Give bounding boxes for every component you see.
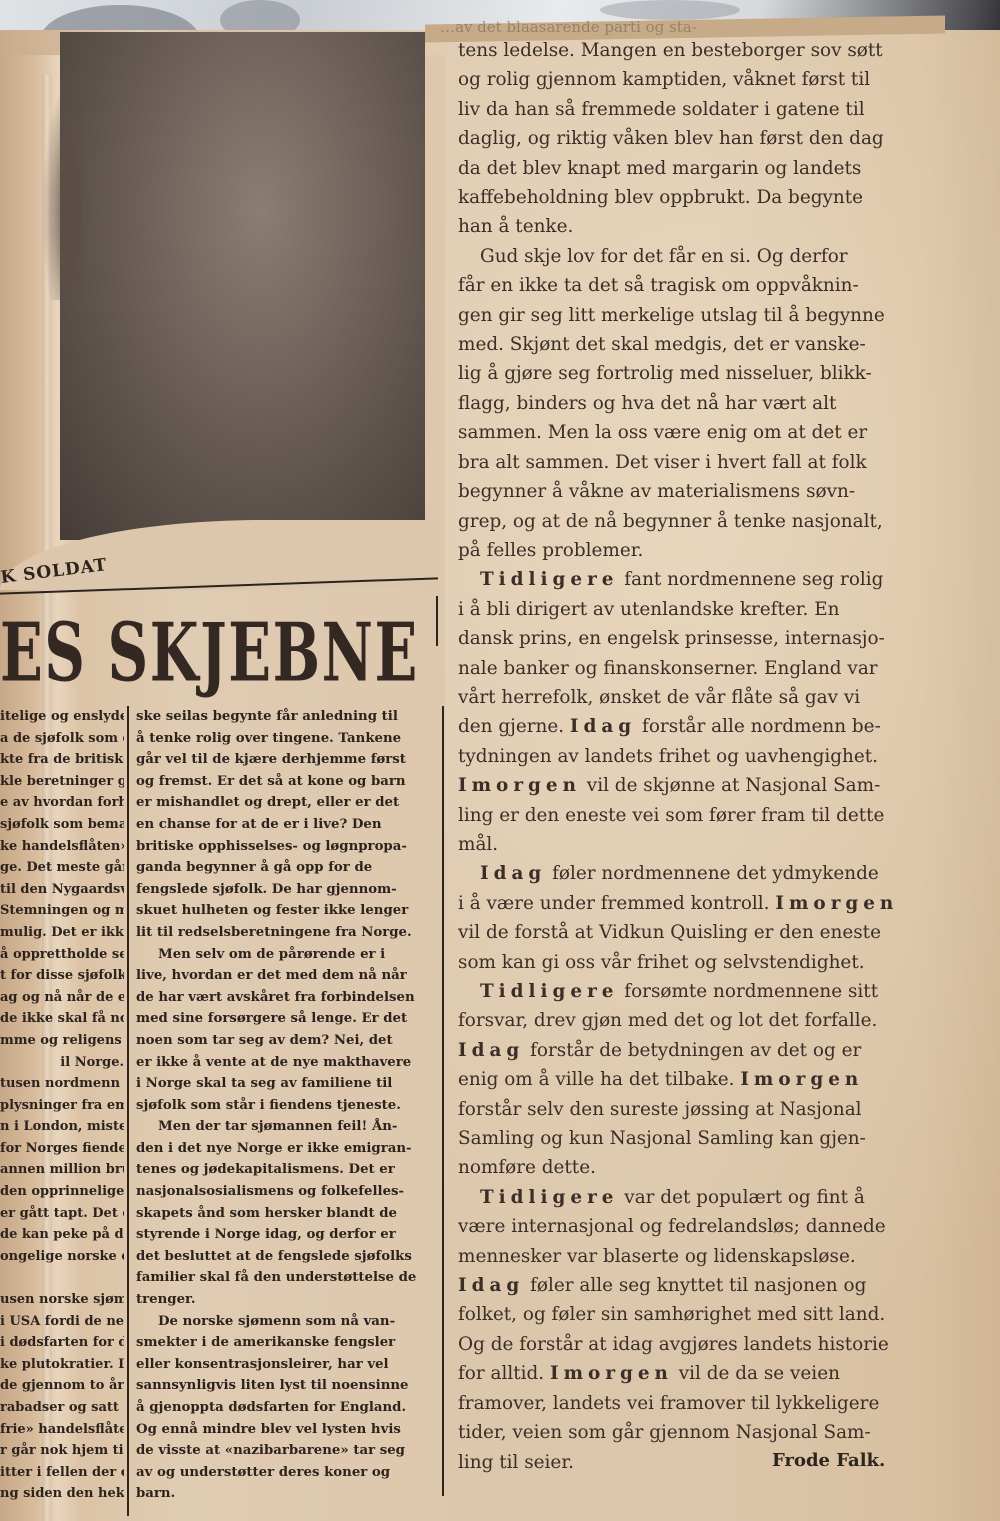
text-span: sammen. Men la oss være enig om at det e… — [458, 422, 867, 443]
emphasis-word: Imorgen — [740, 1069, 863, 1090]
text-line: en chanse for at de er i live? Den — [136, 814, 442, 836]
text-line: for Norges fiender. — [0, 1138, 124, 1160]
text-line: den opprinnelige nor- — [0, 1181, 124, 1203]
text-span: som kan gi oss vår frihet og selvstendig… — [458, 952, 865, 973]
text-line: på felles problemer. — [458, 536, 906, 565]
text-line: il Norge. — [0, 1052, 124, 1074]
text-span: framover, landets vei framover til lykke… — [458, 1393, 879, 1414]
text-span: føler nordmennene det ydmykende — [546, 863, 879, 884]
text-span: ling til seier. — [458, 1452, 574, 1473]
text-span: tydningen av landets frihet og uavhengig… — [458, 746, 878, 767]
text-span: ling er den eneste vei som fører fram ti… — [458, 805, 884, 826]
text-line: ling er den eneste vei som fører fram ti… — [458, 801, 906, 830]
text-line: Samling og kun Nasjonal Samling kan gjen… — [458, 1124, 906, 1153]
text-line: ge. Det meste går til — [0, 857, 124, 879]
text-line — [0, 1267, 124, 1289]
text-line: skapets ånd som hersker blandt de — [136, 1203, 442, 1225]
text-line: lit til redselsberetningene fra Norge. — [136, 922, 442, 944]
text-line: får en ikke ta det så tragisk om oppvåkn… — [458, 271, 906, 300]
text-span: nomføre dette. — [458, 1157, 596, 1178]
text-line: tens ledelse. Mangen en besteborger sov … — [458, 36, 906, 65]
text-span: Samling og kun Nasjonal Samling kan gjen… — [458, 1128, 866, 1149]
text-span: kaffebeholdning blev oppbrukt. Da begynt… — [458, 187, 863, 208]
text-line: britiske opphisselses- og løgnpropa- — [136, 836, 442, 858]
text-line: ke handelsflåten». Hy- — [0, 836, 124, 858]
floral-pattern-shape — [600, 0, 740, 20]
text-line: Men der tar sjømannen feil! Ån- — [136, 1116, 442, 1138]
text-line: fengslede sjøfolk. De har gjennom- — [136, 879, 442, 901]
text-line: framover, landets vei framover til lykke… — [458, 1389, 906, 1418]
text-span: på felles problemer. — [458, 540, 643, 561]
text-line: barn. — [136, 1483, 442, 1505]
text-line: ske seilas begynte får anledning til — [136, 706, 442, 728]
text-span: vil de da se veien — [673, 1363, 840, 1384]
text-line: sammen. Men la oss være enig om at det e… — [458, 418, 906, 447]
text-line: Idag føler alle seg knyttet til nasjonen… — [458, 1271, 906, 1300]
text-span: mennesker var blaserte og lidenskapsløse… — [458, 1246, 856, 1267]
text-line: grep, og at de nå begynner å tenke nasjo… — [458, 507, 906, 536]
emphasis-word: Idag — [458, 1040, 524, 1061]
headline: ES SKJEBNE — [0, 612, 343, 693]
author-signature: Frode Falk. — [772, 1450, 885, 1471]
text-line: bra alt sammen. Det viser i hvert fall a… — [458, 448, 906, 477]
text-span: forstår selv den sureste jøssing at Nasj… — [458, 1099, 862, 1120]
text-line: itter i fellen der over — [0, 1462, 124, 1484]
text-span: forsvar, drev gjøn med det og lot det fo… — [458, 1010, 877, 1031]
text-line: nasjonalsosialismens og folkefelles- — [136, 1181, 442, 1203]
text-line: e av hvordan forhol- — [0, 792, 124, 814]
text-line: flagg, binders og hva det nå har vært al… — [458, 389, 906, 418]
emphasis-word: Idag — [570, 716, 636, 737]
text-span: tider, veien som går gjennom Nasjonal Sa… — [458, 1422, 871, 1443]
text-span: daglig, og riktig våken blev han først d… — [458, 128, 884, 149]
text-line: Stemningen og mora- — [0, 900, 124, 922]
text-line: forsvar, drev gjøn med det og lot det fo… — [458, 1006, 906, 1035]
text-line: folket, og føler sin samhørighet med sit… — [458, 1300, 906, 1329]
emphasis-word: Tidligere — [480, 569, 618, 590]
text-line: de har vært avskåret fra forbindelsen — [136, 987, 442, 1009]
text-line: og rolig gjennom kamptiden, våknet først… — [458, 65, 906, 94]
text-line: a de sjøfolk som det — [0, 728, 124, 750]
text-line: itelige og enslydende — [0, 706, 124, 728]
text-span: bra alt sammen. Det viser i hvert fall a… — [458, 452, 867, 473]
text-span: liv da han så fremmede soldater i gatene… — [458, 99, 865, 120]
text-line: i å bli dirigert av utenlandske krefter.… — [458, 595, 906, 624]
text-line: live, hvordan er det med dem nå når — [136, 965, 442, 987]
text-line: trenger. — [136, 1289, 442, 1311]
text-line: er ikke å vente at de nye makthavere — [136, 1052, 442, 1074]
text-line: i dødsfarten for de — [0, 1332, 124, 1354]
text-line: styrende i Norge idag, og derfor er — [136, 1224, 442, 1246]
article-photo — [60, 32, 425, 540]
text-line: den i det nye Norge er ikke emigran- — [136, 1138, 442, 1160]
left-article-column: ske seilas begynte får anledning tilå te… — [136, 706, 442, 1505]
text-line: det besluttet at de fengslede sjøfolks — [136, 1246, 442, 1268]
text-line: de kan peke på de — [0, 1224, 124, 1246]
text-line: de gjennom to år har — [0, 1375, 124, 1397]
text-line: begynner å våkne av materialismens søvn- — [458, 477, 906, 506]
text-line: er mishandlet og drept, eller er det — [136, 792, 442, 814]
text-line: De norske sjømenn som nå van- — [136, 1311, 442, 1333]
text-span: folket, og føler sin samhørighet med sit… — [458, 1304, 885, 1325]
text-line: den gjerne. Idag forstår alle nordmenn b… — [458, 712, 906, 741]
text-span: Og de forstår at idag avgjøres landets h… — [458, 1334, 889, 1355]
text-line: smekter i de amerikanske fengsler — [136, 1332, 442, 1354]
text-line: er gått tapt. Det er — [0, 1203, 124, 1225]
text-line: for alltid. Imorgen vil de da se veien — [458, 1359, 906, 1388]
text-span: den gjerne. — [458, 716, 570, 737]
text-line: dansk prins, en engelsk prinsesse, inter… — [458, 624, 906, 653]
text-line: å gjenoppta dødsfarten for England. — [136, 1397, 442, 1419]
text-span: grep, og at de nå begynner å tenke nasjo… — [458, 511, 883, 532]
text-span: forstår alle nordmenn be- — [636, 716, 881, 737]
column-rule — [127, 706, 129, 1516]
text-span: Gud skje lov for det får en si. Og derfo… — [480, 246, 848, 267]
text-line: nomføre dette. — [458, 1153, 906, 1182]
text-line: ganda begynner å gå opp for de — [136, 857, 442, 879]
text-span: mål. — [458, 834, 498, 855]
text-span: lig å gjøre seg fortrolig med nisseluer,… — [458, 363, 872, 384]
text-line: lig å gjøre seg fortrolig med nisseluer,… — [458, 359, 906, 388]
text-line: daglig, og riktig våken blev han først d… — [458, 124, 906, 153]
text-line: Og ennå mindre blev vel lysten hvis — [136, 1419, 442, 1441]
emphasis-word: Imorgen — [775, 893, 898, 914]
text-line: vårt herrefolk, ønsket de vår flåte så g… — [458, 683, 906, 712]
text-line: plysninger fra emi- — [0, 1095, 124, 1117]
column-rule — [442, 706, 444, 1496]
text-span: flagg, binders og hva det nå har vært al… — [458, 393, 836, 414]
text-span: da det blev knapt med margarin og landet… — [458, 158, 861, 179]
text-line: Tidligere fant nordmennene seg rolig — [458, 565, 906, 594]
text-span: vil de skjønne at Nasjonal Sam- — [581, 775, 880, 796]
text-line: Idag føler nordmennene det ydmykende — [458, 859, 906, 888]
text-line: kle beretninger gir oss — [0, 771, 124, 793]
text-line: tusen nordmenn har — [0, 1073, 124, 1095]
text-line: av og understøtter deres koner og — [136, 1462, 442, 1484]
text-line: kaffebeholdning blev oppbrukt. Da begynt… — [458, 183, 906, 212]
text-line: i Norge skal ta seg av familiene til — [136, 1073, 442, 1095]
text-line: Men selv om de pårørende er i — [136, 944, 442, 966]
text-line: mål. — [458, 830, 906, 859]
text-span: i å være under fremmed kontroll. — [458, 893, 775, 914]
text-span: tens ledelse. Mangen en besteborger sov … — [458, 40, 883, 61]
text-span: føler alle seg knyttet til nasjonen og — [524, 1275, 866, 1296]
text-line: og fremst. Er det så at kone og barn — [136, 771, 442, 793]
text-line: i å være under fremmed kontroll. Imorgen — [458, 889, 906, 918]
text-line: de visste at «nazibarbarene» tar seg — [136, 1440, 442, 1462]
text-line: sjøfolk som står i fiendens tjeneste. — [136, 1095, 442, 1117]
text-span: for alltid. — [458, 1363, 550, 1384]
text-line: mme og religens kom- — [0, 1030, 124, 1052]
column-rule — [436, 596, 438, 646]
emphasis-word: Imorgen — [458, 775, 581, 796]
text-line: annen million brutto — [0, 1159, 124, 1181]
text-line: Tidligere var det populært og fint å — [458, 1183, 906, 1212]
emphasis-word: Imorgen — [550, 1363, 673, 1384]
text-line: som kan gi oss vår frihet og selvstendig… — [458, 948, 906, 977]
text-line: han å tenke. — [458, 212, 906, 241]
text-line: ag og nå når de er — [0, 987, 124, 1009]
text-span: forstår de betydningen av det og er — [524, 1040, 861, 1061]
text-line: Imorgen vil de skjønne at Nasjonal Sam- — [458, 771, 906, 800]
text-line: Idag forstår de betydningen av det og er — [458, 1036, 906, 1065]
photo-edge-shadow — [42, 80, 82, 300]
right-article-column: tens ledelse. Mangen en besteborger sov … — [458, 36, 906, 1477]
text-span: dansk prins, en engelsk prinsesse, inter… — [458, 628, 885, 649]
torn-top-text: …av det blaasarende parti og sta- — [440, 18, 697, 36]
text-line: vil de forstå at Vidkun Quisling er den … — [458, 918, 906, 947]
text-span: begynner å våkne av materialismens søvn- — [458, 481, 855, 502]
text-line: være internasjonal og fedrelandsløs; dan… — [458, 1212, 906, 1241]
emphasis-word: Tidligere — [480, 981, 618, 1002]
text-line: gen gir seg litt merkelige utslag til å … — [458, 301, 906, 330]
text-line: å opprettholde selv — [0, 944, 124, 966]
text-span: han å tenke. — [458, 216, 573, 237]
text-line: Gud skje lov for det får en si. Og derfo… — [458, 242, 906, 271]
text-line: skuet hulheten og fester ikke lenger — [136, 900, 442, 922]
text-line: Og de forstår at idag avgjøres landets h… — [458, 1330, 906, 1359]
text-line: t for disse sjøfolk. De — [0, 965, 124, 987]
text-line: rabadser og satt livet — [0, 1397, 124, 1419]
text-line: kte fra de britiske ga- — [0, 749, 124, 771]
text-line: n i London, mistet li- — [0, 1116, 124, 1138]
emphasis-word: Tidligere — [480, 1187, 618, 1208]
text-span: gen gir seg litt merkelige utslag til å … — [458, 305, 885, 326]
text-line: sannsynligvis liten lyst til noensinne — [136, 1375, 442, 1397]
text-span: nale banker og finanskonserner. England … — [458, 658, 878, 679]
text-line: ongelige norske emi- — [0, 1246, 124, 1268]
emphasis-word: Idag — [458, 1275, 524, 1296]
text-line: noen som tar seg av dem? Nei, det — [136, 1030, 442, 1052]
text-span: vårt herrefolk, ønsket de vår flåte så g… — [458, 687, 860, 708]
emphasis-word: Idag — [480, 863, 546, 884]
text-line: i USA fordi de nek- — [0, 1311, 124, 1333]
text-line: går vel til de kjære derhjemme først — [136, 749, 442, 771]
text-span: med. Skjønt det skal medgis, det er vans… — [458, 334, 866, 355]
text-span: være internasjonal og fedrelandsløs; dan… — [458, 1216, 886, 1237]
text-line: sjøfolk som bemanner — [0, 814, 124, 836]
text-line: nale banker og finanskonserner. England … — [458, 654, 906, 683]
text-line: ng siden den hekti- — [0, 1483, 124, 1505]
text-span: fant nordmennene seg rolig — [618, 569, 883, 590]
text-line: med. Skjønt det skal medgis, det er vans… — [458, 330, 906, 359]
text-line: mennesker var blaserte og lidenskapsløse… — [458, 1242, 906, 1271]
text-line: med sine forsørgere så lenge. Er det — [136, 1008, 442, 1030]
text-line: liv da han så fremmede soldater i gatene… — [458, 95, 906, 124]
text-span: og rolig gjennom kamptiden, våknet først… — [458, 69, 870, 90]
text-line: å tenke rolig over tingene. Tankene — [136, 728, 442, 750]
text-line: r går nok hjem til — [0, 1440, 124, 1462]
text-line: da det blev knapt med margarin og landet… — [458, 154, 906, 183]
text-line: frie» handelsflåte. — [0, 1419, 124, 1441]
text-line: tydningen av landets frihet og uavhengig… — [458, 742, 906, 771]
text-line: ke plutokratier. Det — [0, 1354, 124, 1376]
text-span: får en ikke ta det så tragisk om oppvåkn… — [458, 275, 859, 296]
text-line: de ikke skal få noen — [0, 1008, 124, 1030]
text-line: familier skal få den understøttelse de — [136, 1267, 442, 1289]
text-line: usen norske sjømenn — [0, 1289, 124, 1311]
text-span: enig om å ville ha det tilbake. — [458, 1069, 740, 1090]
text-line: forstår selv den sureste jøssing at Nasj… — [458, 1095, 906, 1124]
text-line: Tidligere forsømte nordmennene sitt — [458, 977, 906, 1006]
text-span: forsømte nordmennene sitt — [618, 981, 878, 1002]
page-edge-shade — [920, 30, 1000, 1521]
text-line: mulig. Det er ikke — [0, 922, 124, 944]
text-line: tenes og jødekapitalismens. Det er — [136, 1159, 442, 1181]
text-line: enig om å ville ha det tilbake. Imorgen — [458, 1065, 906, 1094]
text-span: vil de forstå at Vidkun Quisling er den … — [458, 922, 881, 943]
text-span: var det populært og fint å — [618, 1187, 864, 1208]
text-span: i å bli dirigert av utenlandske krefter.… — [458, 599, 840, 620]
text-line: tider, veien som går gjennom Nasjonal Sa… — [458, 1418, 906, 1447]
left-column-fragment: itelige og enslydendea de sjøfolk som de… — [0, 706, 124, 1505]
text-line: til den Nygaardsvold- — [0, 879, 124, 901]
text-line: eller konsentrasjonsleirer, har vel — [136, 1354, 442, 1376]
